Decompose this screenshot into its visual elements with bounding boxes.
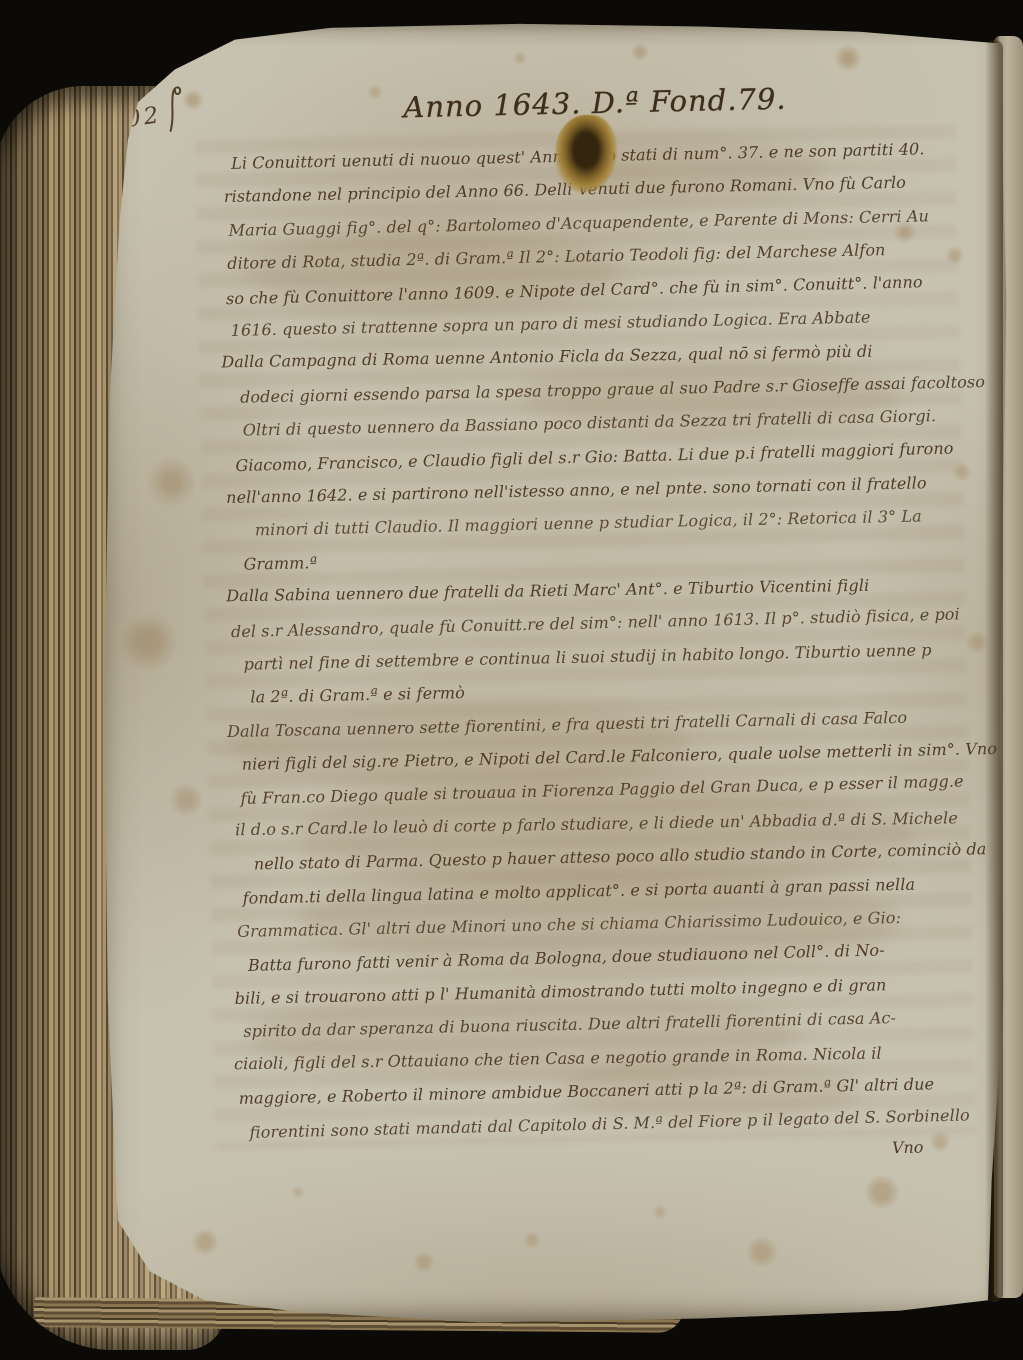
folio-flourish-icon <box>159 81 188 136</box>
photograph-background: 102 Anno 1643. D.ª Fond.79. Li Conuittor… <box>0 0 1023 1360</box>
manuscript-text-block: Li Conuittori uenuti di nuouo quest' Ann… <box>223 138 986 1170</box>
manuscript-page: 102 Anno 1643. D.ª Fond.79. Li Conuittor… <box>95 20 1010 1325</box>
